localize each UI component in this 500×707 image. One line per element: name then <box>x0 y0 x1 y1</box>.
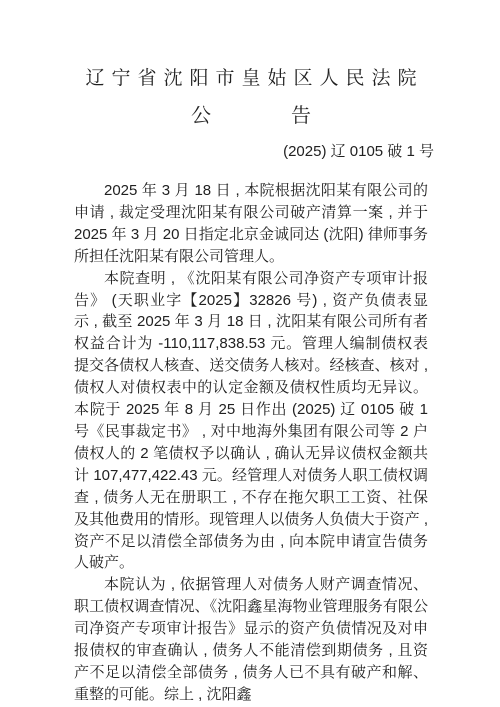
announcement-page: 辽宁省沈阳市皇姑区人民法院 公 告 (2025) 辽 0105 破 1 号 20… <box>0 0 500 707</box>
paragraph-court-opinion: 本院认为 , 依据管理人对债务人财产调查情况、职工债权调查情况、《沈阳鑫星海物业… <box>74 574 428 705</box>
court-name-heading: 辽宁省沈阳市皇姑区人民法院 <box>74 66 428 92</box>
paragraph-court-findings: 本院查明 , 《沈阳某有限公司净资产专项审计报告》 (天职业字【2025】328… <box>74 268 428 575</box>
paragraph-ruling-acceptance: 2025 年 3 月 18 日 , 本院根据沈阳某有限公司的申请 , 裁定受理沈… <box>74 180 428 268</box>
announcement-title: 公 告 <box>74 102 428 130</box>
document-body: 2025 年 3 月 18 日 , 本院根据沈阳某有限公司的申请 , 裁定受理沈… <box>74 180 428 706</box>
case-number: (2025) 辽 0105 破 1 号 <box>74 142 434 162</box>
